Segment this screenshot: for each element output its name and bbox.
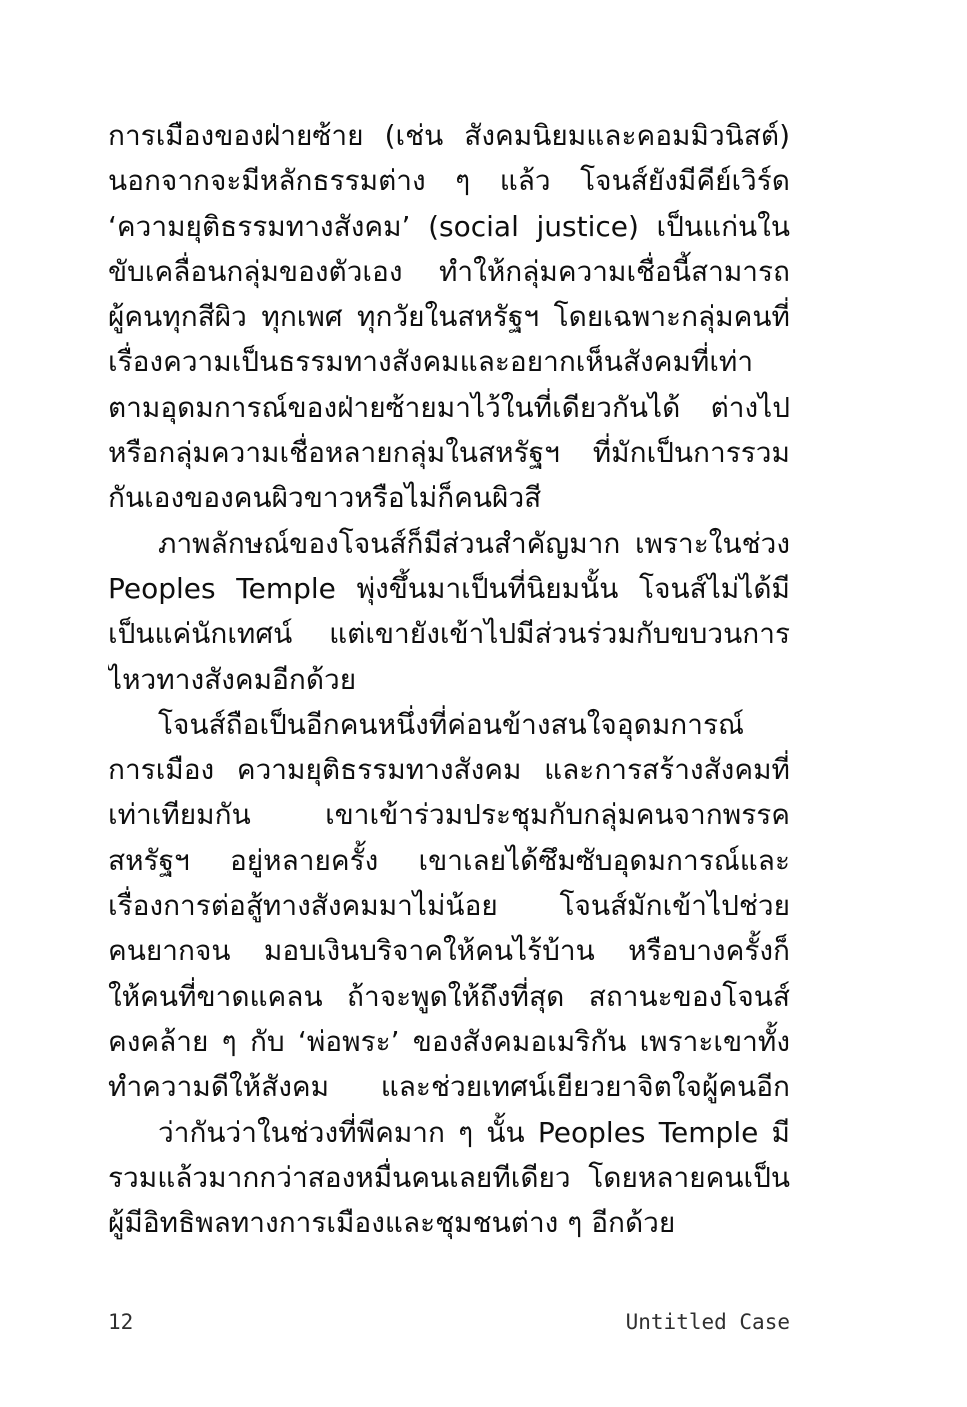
text-line: หรือกลุ่มความเชื่อหลายกลุ่มในสหรัฐฯ ที่ม… xyxy=(108,430,790,475)
paragraph: ว่ากันว่าในช่วงที่พีคมาก ๆ นั้น Peoples … xyxy=(108,1110,790,1246)
text-line: เรื่องความเป็นธรรมทางสังคมและอยากเห็นสัง… xyxy=(108,339,790,384)
text-line: ว่ากันว่าในช่วงที่พีคมาก ๆ นั้น Peoples … xyxy=(108,1110,790,1155)
text-line: รวมแล้วมากกว่าสองหมื่นคนเลยทีเดียว โดยหล… xyxy=(108,1155,790,1200)
text-line: เรื่องการต่อสู้ทางสังคมมาไม่น้อย โจนส์มั… xyxy=(108,883,790,928)
page-text: การเมืองของฝ่ายซ้าย (เช่น สังคมนิยมและคอ… xyxy=(108,113,790,1245)
text-line: ภาพลักษณ์ของโจนส์ก็มีส่วนสำคัญมาก เพราะใ… xyxy=(108,521,790,566)
text-line: กันเองของคนผิวขาวหรือไม่ก็คนผิวสี xyxy=(108,475,790,520)
text-line: ผู้มีอิทธิพลทางการเมืองและชุมชนต่าง ๆ อี… xyxy=(108,1200,790,1245)
text-line: การเมือง ความยุติธรรมทางสังคม และการสร้า… xyxy=(108,747,790,792)
text-line: เท่าเทียมกัน เขาเข้าร่วมประชุมกับกลุ่มคน… xyxy=(108,792,790,837)
text-line: ขับเคลื่อนกลุ่มของตัวเอง ทำให้กลุ่มความเ… xyxy=(108,249,790,294)
text-line: ผู้คนทุกสีผิว ทุกเพศ ทุกวัยในสหรัฐฯ โดยเ… xyxy=(108,294,790,339)
text-line: Peoples Temple พุ่งขึ้นมาเป็นที่นิยมนั้น… xyxy=(108,566,790,611)
paragraph: การเมืองของฝ่ายซ้าย (เช่น สังคมนิยมและคอ… xyxy=(108,113,790,521)
text-line: ไหวทางสังคมอีกด้วย xyxy=(108,657,790,702)
text-line: ‘ความยุติธรรมทางสังคม’ (social justice) … xyxy=(108,204,790,249)
text-line: ให้คนที่ขาดแคลน ถ้าจะพูดให้ถึงที่สุด สถา… xyxy=(108,974,790,1019)
book-page: การเมืองของฝ่ายซ้าย (เช่น สังคมนิยมและคอ… xyxy=(0,0,967,1407)
page-footer: 12 Untitled Case xyxy=(108,1310,790,1334)
text-line: เป็นแค่นักเทศน์ แต่เขายังเข้าไปมีส่วนร่ว… xyxy=(108,611,790,656)
text-line: คนยากจน มอบเงินบริจาคให้คนไร้บ้าน หรือบา… xyxy=(108,928,790,973)
book-title: Untitled Case xyxy=(626,1310,790,1334)
text-line: สหรัฐฯ อยู่หลายครั้ง เขาเลยได้ซึมซับอุดม… xyxy=(108,838,790,883)
text-line: นอกจากจะมีหลักธรรมต่าง ๆ แล้ว โจนส์ยังมี… xyxy=(108,158,790,203)
text-line: ทำความดีให้สังคม และช่วยเทศน์เยียวยาจิตใ… xyxy=(108,1064,790,1109)
text-line: คงคล้าย ๆ กับ ‘พ่อพระ’ ของสังคมอเมริกัน … xyxy=(108,1019,790,1064)
text-line: การเมืองของฝ่ายซ้าย (เช่น สังคมนิยมและคอ… xyxy=(108,113,790,158)
paragraph: โจนส์ถือเป็นอีกคนหนึ่งที่ค่อนข้างสนใจอุด… xyxy=(108,702,790,1110)
paragraph: ภาพลักษณ์ของโจนส์ก็มีส่วนสำคัญมาก เพราะใ… xyxy=(108,521,790,702)
page-number: 12 xyxy=(108,1310,133,1334)
text-line: โจนส์ถือเป็นอีกคนหนึ่งที่ค่อนข้างสนใจอุด… xyxy=(108,702,790,747)
text-line: ตามอุดมการณ์ของฝ่ายซ้ายมาไว้ในที่เดียวกั… xyxy=(108,385,790,430)
